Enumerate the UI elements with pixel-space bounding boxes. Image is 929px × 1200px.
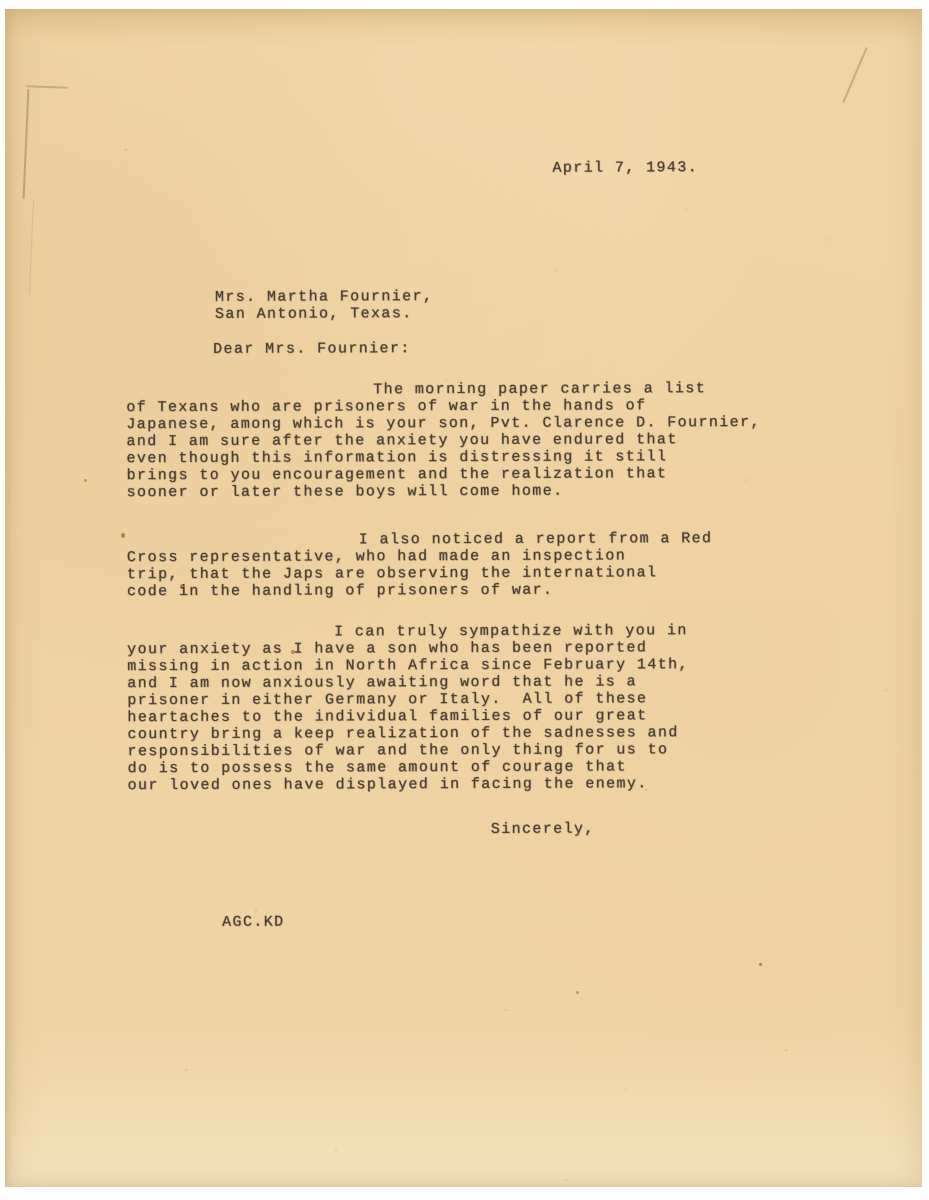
closing-sincerely: Sincerely, [491,821,595,838]
body-paragraph-1: The morning paper carries a list of Texa… [126,380,826,501]
body-paragraph-2: I also noticed a report from a Red Cross… [127,530,827,600]
recipient-address: Mrs. Martha Fournier, San Antonio, Texas… [215,288,434,323]
salutation: Dear Mrs. Fournier: [213,340,411,358]
date-line: April 7, 1943. [552,159,698,177]
body-paragraph-3: I can truly sympathize with you in your … [127,622,828,794]
typewritten-text-layer: April 7, 1943. Mrs. Martha Fournier, San… [0,0,929,1200]
typist-initials: AGC.KD [222,914,284,931]
scanned-letter-page: { "scan": { "paper_color": "#efd4a5", "b… [0,0,929,1200]
